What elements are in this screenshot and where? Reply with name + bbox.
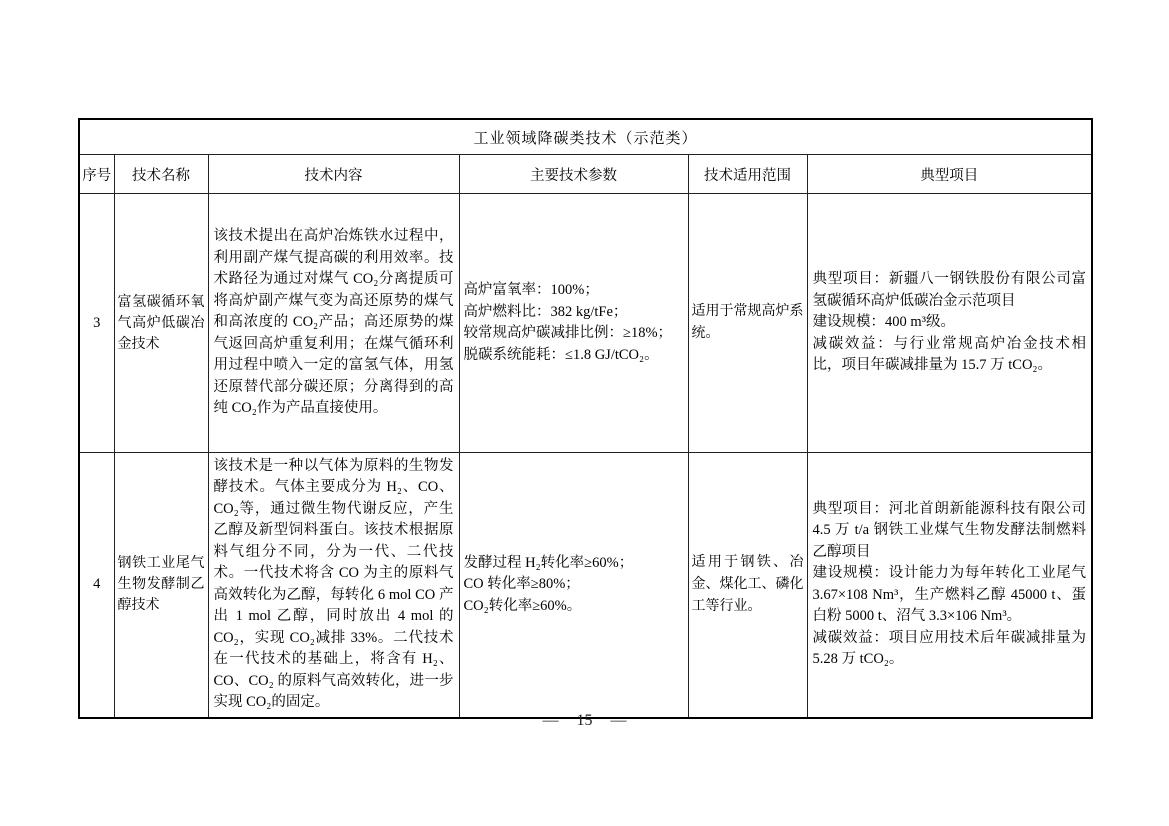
cell-tech-name: 钢铁工业尾气生物发酵制乙醇技术 — [114, 453, 208, 718]
cell-project: 典型项目：新疆八一钢铁股份有限公司富氢碳循环高炉低碳冶金示范项目 建设规模：40… — [807, 194, 1092, 453]
footer-page-number: 15 — [577, 712, 593, 730]
col-header-project: 典型项目 — [807, 155, 1092, 194]
cell-scope: 适用于常规高炉系统。 — [688, 194, 807, 453]
cell-tech-content: 该技术是一种以气体为原料的生物发酵技术。气体主要成分为 H₂、CO、CO₂等，通… — [208, 453, 459, 718]
col-header-scope: 技术适用范围 — [688, 155, 807, 194]
col-header-tech-name: 技术名称 — [114, 155, 208, 194]
cell-tech-content: 该技术提出在高炉冶炼铁水过程中，利用副产煤气提高碳的利用效率。技术路径为通过对煤… — [208, 194, 459, 453]
col-header-parameters: 主要技术参数 — [459, 155, 688, 194]
col-header-tech-content: 技术内容 — [208, 155, 459, 194]
table-header-row: 序号 技术名称 技术内容 主要技术参数 技术适用范围 典型项目 — [79, 155, 1092, 194]
cell-parameters: 高炉富氧率：100%； 高炉燃料比：382 kg/tFe； 较常规高炉碳减排比例… — [459, 194, 688, 453]
technology-table: 工业领域降碳类技术（示范类） 序号 技术名称 技术内容 主要技术参数 技术适用范… — [78, 118, 1093, 719]
cell-scope: 适用于钢铁、冶金、煤化工、磷化工等行业。 — [688, 453, 807, 718]
cell-index: 3 — [79, 194, 114, 453]
table-title: 工业领域降碳类技术（示范类） — [79, 119, 1092, 155]
document-page: 工业领域降碳类技术（示范类） 序号 技术名称 技术内容 主要技术参数 技术适用范… — [0, 0, 1169, 826]
cell-index: 4 — [79, 453, 114, 718]
footer-dash-right: — — [611, 712, 627, 730]
cell-tech-name: 富氢碳循环氧气高炉低碳冶金技术 — [114, 194, 208, 453]
col-header-index: 序号 — [79, 155, 114, 194]
table-row: 3 富氢碳循环氧气高炉低碳冶金技术 该技术提出在高炉冶炼铁水过程中，利用副产煤气… — [79, 194, 1092, 453]
table-row: 4 钢铁工业尾气生物发酵制乙醇技术 该技术是一种以气体为原料的生物发酵技术。气体… — [79, 453, 1092, 718]
cell-project: 典型项目：河北首朗新能源科技有限公司4.5 万 t/a 钢铁工业煤气生物发酵法制… — [807, 453, 1092, 718]
cell-parameters: 发酵过程 H₂转化率≥60%； CO 转化率≥80%； CO₂转化率≥60%。 — [459, 453, 688, 718]
footer-dash-left: — — [543, 712, 559, 730]
page-footer: —15— — [0, 712, 1169, 730]
table-title-row: 工业领域降碳类技术（示范类） — [79, 119, 1092, 155]
